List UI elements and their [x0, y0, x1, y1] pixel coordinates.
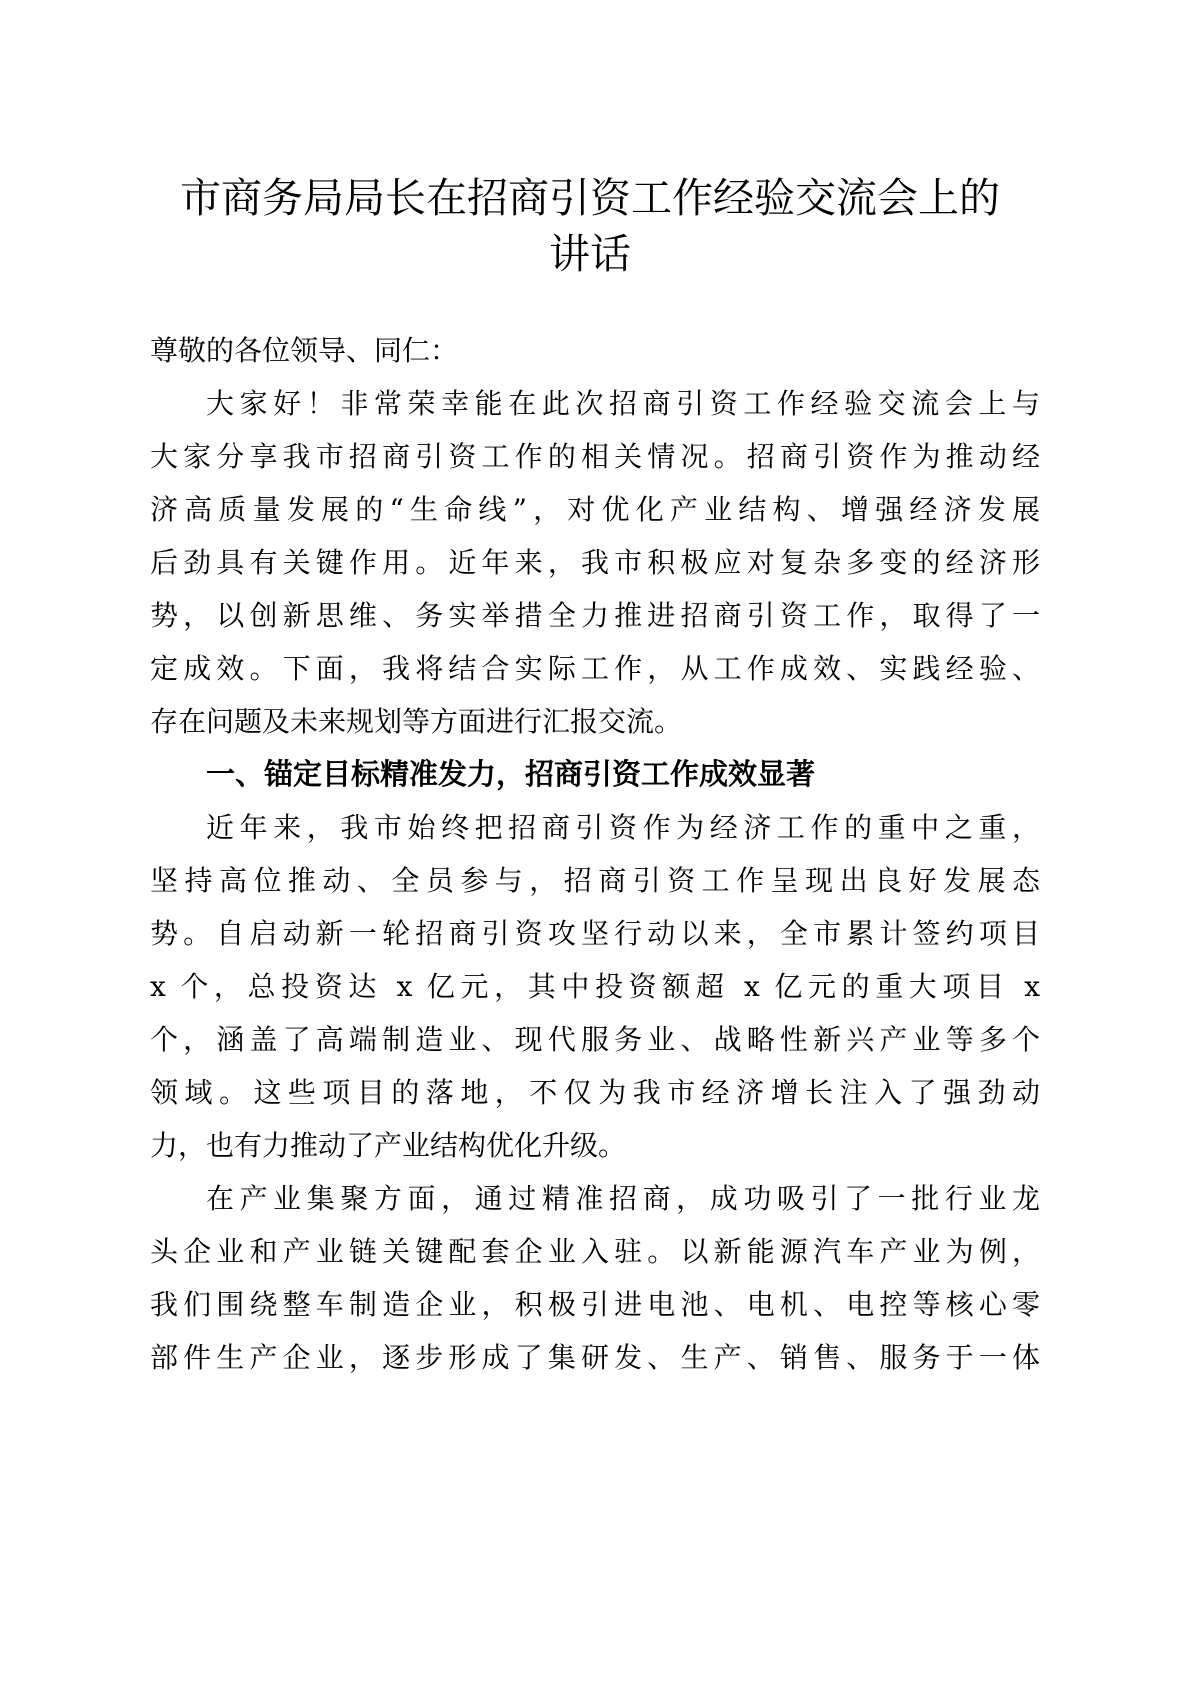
paragraph-line: 大家好！非常荣幸能在此次招商引资工作经验交流会上与	[206, 377, 1040, 430]
paragraph-line: 大家分享我市招商引资工作的相关情况。招商引资作为推动经	[150, 430, 1040, 483]
document-page: 市商务局局长在招商引资工作经验交流会上的 讲话 尊敬的各位领导、同仁： 大家好！…	[0, 0, 1190, 1683]
paragraph-line: 个，涵盖了高端制造业、现代服务业、战略性新兴产业等多个	[150, 1013, 1040, 1066]
paragraph-line: 存在问题及未来规划等方面进行汇报交流。	[150, 695, 1040, 748]
paragraph-line: 我们围绕整车制造企业，积极引进电池、电机、电控等核心零	[150, 1278, 1040, 1331]
document-title-line-1: 市商务局局长在招商引资工作经验交流会上的	[140, 170, 1040, 226]
paragraph-line: 坚持高位推动、全员参与，招商引资工作呈现出良好发展态	[150, 854, 1040, 907]
paragraph-line: 定成效。下面，我将结合实际工作，从工作成效、实践经验、	[150, 642, 1040, 695]
paragraph-line: 势，以创新思维、务实举措全力推进招商引资工作，取得了一	[150, 589, 1040, 642]
paragraph-line: 在产业集聚方面，通过精准招商，成功吸引了一批行业龙	[206, 1172, 1040, 1225]
salutation: 尊敬的各位领导、同仁：	[150, 324, 1040, 377]
paragraph-line: 后劲具有关键作用。近年来，我市积极应对复杂多变的经济形	[150, 536, 1040, 589]
section-heading: 一、锚定目标精准发力，招商引资工作成效显著	[206, 748, 1040, 801]
paragraph-line: 部件生产企业，逐步形成了集研发、生产、销售、服务于一体	[150, 1331, 1040, 1384]
paragraph-line: 济高质量发展的“生命线”，对优化产业结构、增强经济发展	[150, 483, 1040, 536]
document-title-line-2: 讲话	[140, 226, 1040, 282]
paragraph-line: 头企业和产业链关键配套企业入驻。以新能源汽车产业为例，	[150, 1225, 1040, 1278]
paragraph-line: 近年来，我市始终把招商引资作为经济工作的重中之重，	[206, 801, 1040, 854]
paragraph-line: 力，也有力推动了产业结构优化升级。	[150, 1119, 1040, 1172]
paragraph-line: x 个，总投资达 x 亿元，其中投资额超 x 亿元的重大项目 x	[150, 960, 1040, 1013]
paragraph-line: 领域。这些项目的落地，不仅为我市经济增长注入了强劲动	[150, 1066, 1040, 1119]
paragraph-line: 势。自启动新一轮招商引资攻坚行动以来，全市累计签约项目	[150, 907, 1040, 960]
